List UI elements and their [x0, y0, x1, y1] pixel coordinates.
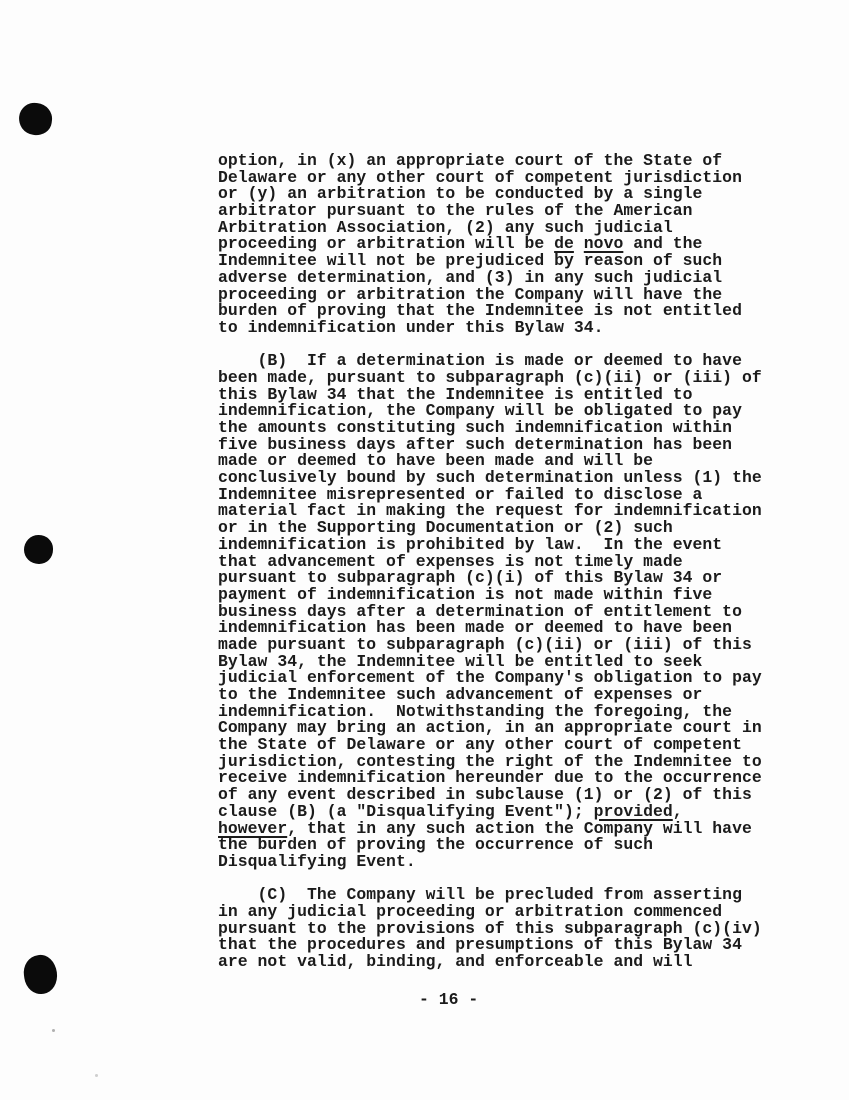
hole-punch-bottom-icon: [21, 953, 59, 996]
hole-punch-top-icon: [17, 101, 54, 137]
text-segment: are not valid, binding, and enforceable …: [218, 952, 693, 971]
scan-speck: [52, 1029, 55, 1032]
text-segment: Disqualifying Event.: [218, 852, 416, 871]
page-number: - 16 -: [419, 992, 478, 1009]
paragraph: option, in (x) an appropriate court of t…: [218, 153, 762, 337]
text-line: are not valid, binding, and enforceable …: [218, 954, 762, 971]
scan-speck: [95, 1074, 98, 1077]
document-body: option, in (x) an appropriate court of t…: [218, 153, 762, 971]
text-line: Disqualifying Event.: [218, 854, 762, 871]
paragraph: (B) If a determination is made or deemed…: [218, 353, 762, 870]
hole-punch-middle-icon: [24, 535, 53, 564]
text-segment: to indemnification under this Bylaw 34.: [218, 318, 604, 337]
text-line: to indemnification under this Bylaw 34.: [218, 320, 762, 337]
scanned-page: option, in (x) an appropriate court of t…: [0, 0, 849, 1100]
paragraph: (C) The Company will be precluded from a…: [218, 887, 762, 970]
